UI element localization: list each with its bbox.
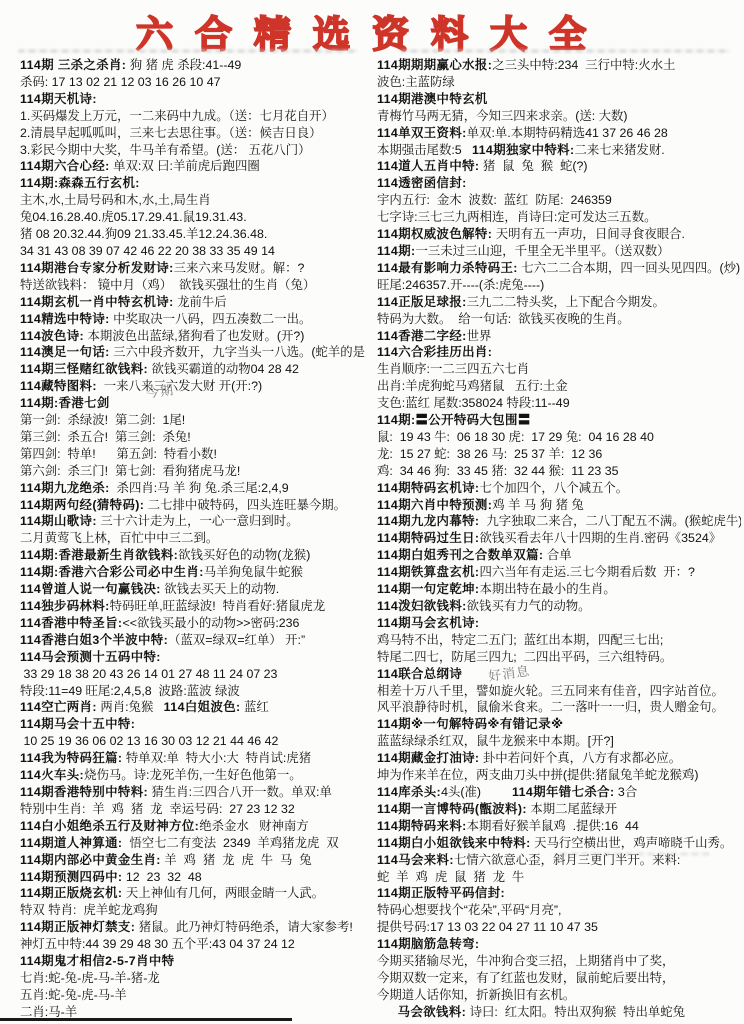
text-line: 114单双王资料:单双:单.本期特码精选41 37 26 46 28 <box>377 125 741 142</box>
section-heading: 114期港台专家分析发财诗: <box>20 261 174 275</box>
body-text: 旺尾:246357.开----(杀:虎兔----) <box>377 278 544 292</box>
text-line: 114期:香港六合彩公司必中生肖:马羊狗兔鼠牛蛇猴 <box>20 564 372 581</box>
body-text: 龙: 15 27 蛇: 38 26 马: 25 37 羊: 12 36 <box>377 447 602 461</box>
section-heading: 114期年错七杀合: <box>512 785 614 799</box>
section-heading: 114期:香港七剑 <box>20 396 110 410</box>
body-text: 悟空七二有变法 2349 羊鸡猪龙虎 双 <box>122 836 338 850</box>
text-line: 本期强击尾数:5 114期独家中特料:二来七来猪发财. <box>377 142 741 159</box>
text-line: 旺尾:246357.开----(杀:虎兔----) <box>377 277 741 294</box>
body-text: 马羊狗兔鼠牛蛇猴 <box>204 565 303 579</box>
text-line: 114香港中特圣旨:<<欲钱买最小的动物>>密码:236 <box>20 615 372 632</box>
text-line: 114期:〓公开特码大包围〓 <box>377 412 741 429</box>
section-heading: 114白小姐绝杀五行及财神方位: <box>20 819 199 833</box>
text-line: 114正版足球报:三九二二特头奖，上下配合今期发。 <box>377 294 741 311</box>
text-line: 114独步码林料:特码旺单,旺蓝绿波! 特肖看好:猪鼠虎龙 <box>20 598 372 615</box>
text-line: 114期马会玄机诗: <box>377 615 741 632</box>
document-page: 六合精选资料大全 114期 三杀之杀肖: 狗 猪 虎 杀段:41--49杀码: … <box>0 0 744 1024</box>
body-text: 三九二二特头奖，上下配合今期发。 <box>467 295 665 309</box>
text-line: 二月黄莺飞上林，百忙中中三二到。 <box>20 530 372 547</box>
body-text: 支色:蓝红 尾数:358024 特段:11--49 <box>377 396 570 410</box>
body-text: 2.清晨早起呱呱叫，三来七去思往事。（送：候吉日良） <box>20 126 322 140</box>
section-heading: 114期:香港六合彩公司必中生肖: <box>20 565 204 579</box>
section-heading: 114期天机诗: <box>20 92 97 106</box>
text-line: 第六剑: 杀三门! 第七剑: 看狗猪虎马龙! <box>20 463 372 480</box>
body-text: 四六当年有走运.三七今期看后数 开：? <box>479 565 694 579</box>
text-line: 114最有影响力杀特码王: 七六二二合本期，四一回头见四四。(炒) <box>377 260 741 277</box>
section-heading: 114独步码林料: <box>20 599 110 613</box>
body-text: 今期双数一定来，有了红蓝也发财，鼠前蛇后要出特， <box>377 971 674 985</box>
section-heading: 114香港中特圣旨: <box>20 616 122 630</box>
text-line: 114马会来料:七情六欲意心歪，斜月三更门半开。来料: <box>377 852 741 869</box>
text-line: 2.清晨早起呱呱叫，三来七去思往事。（送：候吉日良） <box>20 125 372 142</box>
text-line: 114波色诗: 本期波色出蓝绿,猪狗看了也发财。(开?) <box>20 328 372 345</box>
left-column: 114期 三杀之杀肖: 狗 猪 虎 杀段:41--49杀码: 17 13 02 … <box>20 57 372 1021</box>
text-line: 鼠: 19 43 牛: 06 18 30 虎: 17 29 兔: 04 16 2… <box>377 429 741 446</box>
section-heading: 114澳足一句话: <box>20 345 110 359</box>
section-heading: 马会欲钱料: <box>398 1005 466 1019</box>
text-line: 第一剑: 杀绿波! 第二剑: 1尾! <box>20 412 372 429</box>
body-text: 一三未过三山迎，千里全无半里平。（送双数） <box>416 244 670 258</box>
text-line: 龙: 15 27 蛇: 38 26 马: 25 37 羊: 12 36 <box>377 446 741 463</box>
text-line: 114期内部必中黄金生肖: 羊 鸡 猪 龙 虎 牛 马 兔 <box>20 852 372 869</box>
section-heading: 114期内部必中黄金生肖: <box>20 853 161 867</box>
text-line: 114期:香港最新生肖欲钱料:欲钱买好色的动物(龙猴) <box>20 547 372 564</box>
body-text: 杀四肖:马 羊 狗 兔.杀三尾:2,4,9 <box>110 481 289 495</box>
body-text: 波色:主蓝防绿 <box>377 75 455 89</box>
body-text: 欲钱买看去年八十四期的生肖.密码《3524》 <box>479 531 721 545</box>
body-text: <<欲钱买最小的动物>>密码:236 <box>122 616 299 630</box>
text-line: 114期白姐秀刊之合数单双篇: 合单 <box>377 547 741 564</box>
body-text: 五肖:蛇-兔-虎-马-羊 <box>20 988 127 1002</box>
body-text: 天上神仙有几何，两眼金睛一人武。 <box>122 886 324 900</box>
text-line: 114期白小姐欲钱来中特料: 天马行空横出世，鸡声啼晓千山秀。 <box>377 835 741 852</box>
right-column: 114期期期赢心水报:之三头中特:234 三行中特:火水土波色:主蓝防绿114期… <box>377 57 741 1021</box>
section-heading: 114库杀头: <box>377 785 441 799</box>
body-text: 二肖:马-羊 <box>20 1005 77 1019</box>
body-text: 蓝红 <box>241 700 269 714</box>
text-line: 出肖:羊虎狗蛇马鸡猪鼠 五行:土金 <box>377 378 741 395</box>
text-line: 兔04.16.28.40.虎05.17.29.41.鼠19.31.43. <box>20 209 372 226</box>
text-line: 114期三怪赌红欲钱料: 欲钱买霸道的动物04 28 42 <box>20 361 372 378</box>
section-heading: 114期道人神算通: <box>20 836 122 850</box>
body-text: 34 31 43 08 39 07 42 46 22 20 38 33 35 4… <box>20 244 275 258</box>
body-text: 二来七来猪发财. <box>574 143 664 157</box>
text-line: 114期预测四码中: 12 23 32 48 <box>20 869 372 886</box>
text-line: 特送欲钱料： 镜中月（鸡） 欲钱买强壮的生肖（兔） <box>20 277 372 294</box>
body-text: 特段:11=49 旺尾:2,4,5,8 波路:蓝波 绿波 <box>20 684 240 698</box>
text-line: 五肖:蛇-兔-虎-马-羊 <box>20 987 372 1004</box>
body-text: 九字独取二来合，二八丁配五不满。(猴蛇虎牛) <box>479 514 741 528</box>
section-heading: 114期一言博特码(甑波料): <box>377 802 527 816</box>
text-line: 114期六肖中特预测:鸡 羊 马 狗 猪 兔 <box>377 497 741 514</box>
body-text: 猪鼠。此乃神灯特码绝杀，请大家参考! <box>135 920 353 934</box>
body-text: 第六剑: 杀三门! 第七剑: 看狗猪虎马龙! <box>20 464 240 478</box>
section-heading: 114期鬼才相信2-5-7肖中特 <box>20 954 174 968</box>
text-line: 114期期期赢心水报:之三头中特:234 三行中特:火水土 <box>377 57 741 74</box>
body-text: 蛇 羊 鸡 虎 鼠 猪 龙 牛 <box>377 870 524 884</box>
text-line: 114期一句定乾坤:本期出特在最小的生肖。 <box>377 581 741 598</box>
text-line: 114期正版特平码信封: <box>377 885 741 902</box>
body-text: 兔04.16.28.40.虎05.17.29.41.鼠19.31.43. <box>20 210 247 224</box>
section-heading: 114期: <box>377 244 416 258</box>
body-text: 风平浪静待时机，鼠偷米食来。二一落叶一一归，贵人赠金句。 <box>377 700 724 714</box>
body-text: 猜生肖:三四合八开一数。单双:单 <box>148 785 332 799</box>
text-line: 34 31 43 08 39 07 42 46 22 20 38 33 35 4… <box>20 243 372 260</box>
text-line: 114期:森森五行玄机: <box>20 175 372 192</box>
section-heading: 114单双王资料: <box>377 126 467 140</box>
overlay-note: 今期 <box>145 379 175 402</box>
section-heading: 114期白小姐欲钱来中特料: <box>377 836 531 850</box>
section-heading: 114期:〓公开特码大包围〓 <box>377 413 531 427</box>
section-heading: 114期正版特平码信封: <box>377 886 505 900</box>
text-line: 114期香港特别中特料: 猜生肖:三四合八开一数。单双:单 <box>20 784 372 801</box>
body-text: 第三剑: 杀五合! 第三剑: 杀兔! <box>20 430 191 444</box>
section-heading: 114马会来料: <box>377 853 454 867</box>
body-text: 特双 特肖: 虎羊蛇龙鸡狗 <box>20 903 158 917</box>
body-text: 特码为大数。 给一句话: 欲钱买夜晚的生肖。 <box>377 312 630 326</box>
text-line: 114火车头:烧伤马。诗:龙死羊伤,一生好色他第一。 <box>20 767 372 784</box>
section-heading: 114期两句经(猜特码): <box>20 498 144 512</box>
section-heading: 114火车头: <box>20 768 84 782</box>
text-line: 3.彩民今期中大奖，牛马羊有希望。(送： 五花八门） <box>20 142 372 159</box>
section-heading: 114透密函信封: <box>377 176 467 190</box>
section-heading: 114期山歌诗: <box>20 514 97 528</box>
section-heading: 114曾道人说一句赢钱决: <box>20 582 161 596</box>
section-heading: 114泼妇欲钱料: <box>377 599 467 613</box>
body-text: 今期买猪输尽光，牛冲狗合变三招，上期猪肖中了奖， <box>377 954 674 968</box>
section-heading: 114香港二字经: <box>377 329 467 343</box>
text-line: 114透密函信封: <box>377 175 741 192</box>
text-line: 蛇 羊 鸡 虎 鼠 猪 龙 牛 <box>377 869 741 886</box>
text-line: 特码心想要找个“花朵”,平码“月亮”, <box>377 902 741 919</box>
section-heading: 114空亡两肖: <box>20 700 97 714</box>
section-heading: 114期特码过生日: <box>377 531 479 545</box>
section-heading: 114期六肖中特预测: <box>377 498 492 512</box>
section-heading: 114期九龙绝杀: <box>20 481 110 495</box>
text-line: 七肖:蛇-兔-虎-马-羊-猪-龙 <box>20 970 372 987</box>
section-heading: 114期六合心经: <box>20 159 110 173</box>
body-text: 两肖:兔猴 <box>97 700 164 714</box>
bottom-rule-divider <box>0 1018 292 1021</box>
body-text: 三十六计走为上，一心一意归到时。 <box>97 514 299 528</box>
body-text: 33 29 18 38 20 43 26 14 01 27 48 11 24 0… <box>20 667 277 681</box>
section-heading: 114精选中特诗: <box>20 312 110 326</box>
section-heading: 114期:森森五行玄机: <box>20 176 140 190</box>
text-line: 114期九龙内幕特: 九字独取二来合，二八丁配五不满。(猴蛇虎牛) <box>377 513 741 530</box>
text-line: 第三剑: 杀五合! 第三剑: 杀兔! <box>20 429 372 446</box>
section-heading: 114期一句定乾坤: <box>377 582 479 596</box>
body-text: 本期强击尾数:5 <box>377 143 472 157</box>
text-line: 114期一言博特码(甑波料): 本期二尾蓝绿开 <box>377 801 741 818</box>
section-heading: 114期香港特别中特料: <box>20 785 148 799</box>
print-noise <box>18 49 358 53</box>
text-line: 杀码: 17 13 02 21 12 03 16 26 10 47 <box>20 74 372 91</box>
text-line: 风平浪静待时机，鼠偷米食来。二一落叶一一归，贵人赠金句。 <box>377 699 741 716</box>
text-line: 114期六合心经: 单双:双 曰:羊前虎后跑四圈 <box>20 158 372 175</box>
section-heading: 114期港澳中特玄机 <box>377 92 488 106</box>
body-text: 七肖:蛇-兔-虎-马-羊-猪-龙 <box>20 971 160 985</box>
body-text: 卦中若问奸个真，八方有求都必应。 <box>479 751 681 765</box>
body-text: 七字诗:三七三九两相连，肖诗曰:定可发达三五数。 <box>377 210 656 224</box>
text-line: 七字诗:三七三九两相连，肖诗曰:定可发达三五数。 <box>377 209 741 226</box>
body-text: 提供号码:17 13 03 22 04 27 11 10 47 35 <box>377 920 598 934</box>
section-heading: 114期藏金打油诗: <box>377 751 479 765</box>
section-heading: 114我为特码狂篇: <box>20 751 122 765</box>
section-heading: 114马会预测十五码中特: <box>20 650 161 664</box>
body-text: 特单双:单 特大小:大 特肖试:虎猪 <box>122 751 311 765</box>
section-heading: 114波色诗: <box>20 329 84 343</box>
body-text: 二七排中破特码，四头连旺暴今期。 <box>144 498 346 512</box>
text-line: 波色:主蓝防绿 <box>377 74 741 91</box>
body-text <box>377 1005 398 1019</box>
text-line: 特双 特肖: 虎羊蛇龙鸡狗 <box>20 902 372 919</box>
text-line: 114期马会十五中特: <box>20 716 372 733</box>
text-line: 特码为大数。 给一句话: 欲钱买夜晚的生肖。 <box>377 311 741 328</box>
text-line: 114期特码过生日:欲钱买看去年八十四期的生肖.密码《3524》 <box>377 530 741 547</box>
text-line: 114期:一三未过三山迎，千里全无半里平。（送双数） <box>377 243 741 260</box>
body-text: 七六二二合本期，四一回头见四四。(炒) <box>518 261 740 275</box>
text-line: 114期 三杀之杀肖: 狗 猪 虎 杀段:41--49 <box>20 57 372 74</box>
text-line: 10 25 19 36 06 02 13 16 30 03 12 21 44 4… <box>20 733 372 750</box>
text-line: 114期正版烧玄机: 天上神仙有几何，两眼金睛一人武。 <box>20 885 372 902</box>
section-heading: 114期马会玄机诗: <box>377 616 479 630</box>
body-text: 第四剑: 特单! 第五剑: 特看小数! <box>20 447 217 461</box>
section-heading: 114期:香港最新生肖欲钱料: <box>20 548 178 562</box>
text-line: 生肖顺序:一二三四五六七肖 <box>377 361 741 378</box>
text-line: 114期两句经(猜特码): 二七排中破特码，四头连旺暴今期。 <box>20 497 372 514</box>
section-heading: 114期※一句解特码※有错记录※ <box>377 717 563 731</box>
body-text: 3.彩民今期中大奖，牛马羊有希望。(送： 五花八门） <box>20 143 311 157</box>
text-line: 114期藏金打油诗: 卦中若问奸个真，八方有求都必应。 <box>377 750 741 767</box>
body-text: 欲钱买有力气的动物。 <box>467 599 591 613</box>
text-line: 特别中生肖: 羊 鸡 猪 龙 幸运号码: 27 23 12 32 <box>20 801 372 818</box>
text-line: 114期玄机一肖中特玄机诗: 龙前牛后 <box>20 294 372 311</box>
section-heading: 114期正版神灯禁支: <box>20 920 135 934</box>
body-text: 蓝蓝绿绿杀红双，鼠牛龙猴来中本期。[开?] <box>377 734 614 748</box>
body-text: 欲钱买霸道的动物04 28 42 <box>148 362 299 376</box>
body-text: 特码心想要找个“花朵”,平码“月亮”, <box>377 903 561 917</box>
text-line: 114藏特图料: 一来八来三六发大财 开(开:?) <box>20 378 372 395</box>
text-line: 114期港台专家分析发财诗:三来六来马发财。解：? <box>20 260 372 277</box>
text-line: 支色:蓝红 尾数:358024 特段:11--49 <box>377 395 741 412</box>
body-text: 4头(准) <box>441 785 512 799</box>
body-text: 龙前牛后 <box>174 295 227 309</box>
text-line: 114期:香港七剑 <box>20 395 372 412</box>
section-heading: 114期铁算盘玄机: <box>377 565 479 579</box>
text-line: 114精选中特诗: 中奖取决一八码，四五凑数二一出。 <box>20 311 372 328</box>
text-line: 114期权威波色解特: 天明有五一声功，日间寻食夜眼合. <box>377 226 741 243</box>
body-text: 12 23 32 48 <box>122 870 201 884</box>
text-line: 114期正版神灯禁支: 猪鼠。此乃神灯特码绝杀，请大家参考! <box>20 919 372 936</box>
section-heading: 114香港白姐3个半波中特: <box>20 633 168 647</box>
text-line: 114空亡两肖: 两肖:兔猴 114白姐波色: 蓝红 <box>20 699 372 716</box>
text-line: 114期港澳中特玄机 <box>377 91 741 108</box>
text-line: 114期特码来料:本期看好猴羊鼠鸡 .提供:16 44 <box>377 818 741 835</box>
section-heading: 114期 三杀之杀肖: <box>20 58 126 72</box>
section-heading: 114期马会十五中特: <box>20 717 135 731</box>
body-text: 二月黄莺飞上林，百忙中中三二到。 <box>20 531 218 545</box>
body-text: 世界 <box>467 329 492 343</box>
text-line: 114澳足一句话: 三六中段齐数开，九字当头一八选。(蛇羊的是 <box>20 344 372 361</box>
body-text: 欲钱买好色的动物(龙猴) <box>178 548 310 562</box>
text-line: 114马会预测十五码中特: <box>20 649 372 666</box>
body-text: 鸡: 34 46 狗: 33 45 猪: 32 44 猴: 11 23 35 <box>377 464 619 478</box>
body-text: 七情六欲意心歪，斜月三更门半开。来料: <box>454 853 680 867</box>
body-text: 三来六来马发财。解：? <box>174 261 305 275</box>
text-line: 114期脑筋急转弯: <box>377 936 741 953</box>
body-text: 特送欲钱料： 镜中月（鸡） 欲钱买强壮的生肖（兔） <box>20 278 315 292</box>
section-heading: 114期正版烧玄机: <box>20 886 122 900</box>
body-text: 鸡 羊 马 狗 猪 兔 <box>492 498 584 512</box>
section-heading: 114期脑筋急转弯: <box>377 937 479 951</box>
section-heading: 114联合总纲诗 <box>377 667 462 681</box>
body-text: 单双:双 曰:羊前虎后跑四圈 <box>110 159 260 173</box>
text-line: 114期道人神算通: 悟空七二有变法 2349 羊鸡猪龙虎 双 <box>20 835 372 852</box>
text-line: 宇内五行: 金木 波数: 蓝红 防尾: 246359 <box>377 192 741 209</box>
text-line: 114库杀头:4头(准) 114期年错七杀合: 3合 <box>377 784 741 801</box>
text-line: 114香港二字经:世界 <box>377 328 741 345</box>
section-heading: 114期九龙内幕特: <box>377 514 479 528</box>
body-text: 第一剑: 杀绿波! 第二剑: 1尾! <box>20 413 185 427</box>
body-text: 主木,水,土局号码和木,水,土,局生肖 <box>20 193 211 207</box>
body-text: 3合 <box>614 785 637 799</box>
text-line: 主木,水,土局号码和木,水,土,局生肖 <box>20 192 372 209</box>
text-line: 114道人五肖中特: 猪 鼠 兔 猴 蛇(?) <box>377 158 741 175</box>
section-heading: 114道人五肖中特: <box>377 159 479 173</box>
body-text: 今期道人话你知，折新换旧有玄机。 <box>377 988 575 1002</box>
text-line: 特尾二四七，防尾三四九; 二四出平码，三六组特码。 <box>377 649 741 666</box>
section-heading: 114六合彩挂历出肖: <box>377 345 492 359</box>
body-text: 诗曰: 红太阳。特出双狗猴 特出单蛇兔 <box>466 1005 685 1019</box>
section-heading: 114最有影响力杀特码王: <box>377 261 518 275</box>
text-line: 特段:11=49 旺尾:2,4,5,8 波路:蓝波 绿波 <box>20 683 372 700</box>
body-text: 狗 猪 虎 杀段:41--49 <box>126 58 241 72</box>
body-text: 七个加四个，八个减五个。 <box>479 481 628 495</box>
text-line: 今期双数一定来，有了红蓝也发财，鼠前蛇后要出特， <box>377 970 741 987</box>
body-text: 烧伤马。诗:龙死羊伤,一生好色他第一。 <box>84 768 302 782</box>
text-line: 提供号码:17 13 03 22 04 27 11 10 47 35 <box>377 919 741 936</box>
body-text: 合单 <box>543 548 571 562</box>
body-text: 欲钱去买天上的动物. <box>161 582 279 596</box>
body-text: 鼠: 19 43 牛: 06 18 30 虎: 17 29 兔: 04 16 2… <box>377 430 654 444</box>
text-line: 114六合彩挂历出肖: <box>377 344 741 361</box>
body-text: 1.买码爆发上万元，一二来码中九成。（送：七月花自开） <box>20 109 334 123</box>
body-text: 生肖顺序:一二三四五六七肖 <box>377 362 529 376</box>
body-text: 天马行空横出世，鸡声啼晓千山秀。 <box>531 836 733 850</box>
text-line: 114期铁算盘玄机:四六当年有走运.三七今期看后数 开：? <box>377 564 741 581</box>
body-text: （蓝双=绿双=红单） 开:” <box>168 633 305 647</box>
text-line: 鸡马特不出，特定二五门; 蓝红出本期，四配三七出; <box>377 632 741 649</box>
body-text: 绝杀金水 财神南方 <box>199 819 308 833</box>
text-line: 鸡: 34 46 狗: 33 45 猪: 32 44 猴: 11 23 35 <box>377 463 741 480</box>
text-line: 114期※一句解特码※有错记录※ <box>377 716 741 733</box>
body-text: 中奖取决一八码，四五凑数二一出。 <box>110 312 312 326</box>
text-line: 今期买猪输尽光，牛冲狗合变三招，上期猪肖中了奖， <box>377 953 741 970</box>
body-text: 出肖:羊虎狗蛇马鸡猪鼠 五行:土金 <box>377 379 568 393</box>
body-text: 羊 鸡 猪 龙 虎 牛 马 兔 <box>161 853 312 867</box>
body-text: 三六中段齐数开，九字当头一八选。(蛇羊的是 <box>110 345 365 359</box>
section-heading: 114期独家中特料: <box>472 143 574 157</box>
text-line: 114白小姐绝杀五行及财神方位:绝杀金水 财神南方 <box>20 818 372 835</box>
body-text: 坤为作来羊在位，两支曲刀头中拼(提供:猪鼠兔羊蛇龙猴鸡) <box>377 768 698 782</box>
text-line: 青梅竹马两无猜，今知三四来求亲。(送: 大数) <box>377 108 741 125</box>
text-line: 114期天机诗: <box>20 91 372 108</box>
body-text: 本期出特在最小的生肖。 <box>479 582 615 596</box>
body-text: 相差十万八千里，譬如旋火轮。三五同来有佳音，四字站首位。 <box>377 684 724 698</box>
body-text: 猪 鼠 兔 猴 蛇(?) <box>479 159 587 173</box>
text-line: 相差十万八千里，譬如旋火轮。三五同来有佳音，四字站首位。 <box>377 683 741 700</box>
section-heading: 114期期期赢心水报: <box>377 58 492 72</box>
text-line: 114泼妇欲钱料:欲钱买有力气的动物。 <box>377 598 741 615</box>
text-line: 114期特码玄机诗:七个加四个，八个减五个。 <box>377 480 741 497</box>
text-line: 猪 08 20.32.44.狗09 21.33.45.羊12.24.36.48. <box>20 226 372 243</box>
text-line: 114期九龙绝杀: 杀四肖:马 羊 狗 兔.杀三尾:2,4,9 <box>20 480 372 497</box>
body-text: 杀码: 17 13 02 21 12 03 16 26 10 47 <box>20 75 220 89</box>
section-heading: 114期权威波色解特: <box>377 227 492 241</box>
section-heading: 114藏特图料: <box>20 379 97 393</box>
section-heading: 114白姐波色: <box>164 700 241 714</box>
text-line: 114我为特码狂篇: 特单双:单 特大小:大 特肖试:虎猪 <box>20 750 372 767</box>
section-heading: 114期预测四码中: <box>20 870 122 884</box>
text-line: 114联合总纲诗 <box>377 666 741 683</box>
body-text: 猪 08 20.32.44.狗09 21.33.45.羊12.24.36.48. <box>20 227 267 241</box>
body-text: 本期二尾蓝绿开 <box>527 802 617 816</box>
body-text: 天明有五一声功，日间寻食夜眼合. <box>492 227 685 241</box>
section-heading: 114期特码玄机诗: <box>377 481 479 495</box>
body-text: 之三头中特:234 三行中特:火水土 <box>492 58 675 72</box>
body-text: 神灯五中特:44 39 29 48 30 五个平:43 04 37 24 12 <box>20 937 295 951</box>
body-text: 本期波色出蓝绿,猪狗看了也发财。(开?) <box>84 329 304 343</box>
text-line: 神灯五中特:44 39 29 48 30 五个平:43 04 37 24 12 <box>20 936 372 953</box>
print-noise <box>400 49 730 53</box>
text-line: 114期鬼才相信2-5-7肖中特 <box>20 953 372 970</box>
body-text: 一来八来三六发大财 开(开:?) <box>97 379 262 393</box>
section-heading: 114期三怪赌红欲钱料: <box>20 362 148 376</box>
text-line: 马会欲钱料: 诗曰: 红太阳。特出双狗猴 特出单蛇兔 <box>377 1004 741 1021</box>
text-line: 第四剑: 特单! 第五剑: 特看小数! <box>20 446 372 463</box>
body-text: 本期看好猴羊鼠鸡 .提供:16 44 <box>467 819 639 833</box>
text-line: 蓝蓝绿绿杀红双，鼠牛龙猴来中本期。[开?] <box>377 733 741 750</box>
text-line: 114曾道人说一句赢钱决: 欲钱去买天上的动物. <box>20 581 372 598</box>
body-text: 青梅竹马两无猜，今知三四来求亲。(送: 大数) <box>377 109 628 123</box>
body-text: 10 25 19 36 06 02 13 16 30 03 12 21 44 4… <box>20 734 278 748</box>
text-line: 坤为作来羊在位，两支曲刀头中拼(提供:猪鼠兔羊蛇龙猴鸡) <box>377 767 741 784</box>
body-text: 单双:单.本期特码精选41 37 26 46 28 <box>467 126 668 140</box>
text-line: 114香港白姐3个半波中特:（蓝双=绿双=红单） 开:” <box>20 632 372 649</box>
section-heading: 114期玄机一肖中特玄机诗: <box>20 295 174 309</box>
body-text: 特别中生肖: 羊 鸡 猪 龙 幸运号码: 27 23 12 32 <box>20 802 295 816</box>
body-text: 鸡马特不出，特定二五门; 蓝红出本期，四配三七出; <box>377 633 663 647</box>
text-line: 1.买码爆发上万元，一二来码中九成。（送：七月花自开） <box>20 108 372 125</box>
section-heading: 114正版足球报: <box>377 295 467 309</box>
text-line: 114期山歌诗: 三十六计走为上，一心一意归到时。 <box>20 513 372 530</box>
section-heading: 114期特码来料: <box>377 819 467 833</box>
text-line: 今期道人话你知，折新换旧有玄机。 <box>377 987 741 1004</box>
body-text: 特码旺单,旺蓝绿波! 特肖看好:猪鼠虎龙 <box>110 599 325 613</box>
body-text: 宇内五行: 金木 波数: 蓝红 防尾: 246359 <box>377 193 612 207</box>
text-line: 33 29 18 38 20 43 26 14 01 27 48 11 24 0… <box>20 666 372 683</box>
section-heading: 114期白姐秀刊之合数单双篇: <box>377 548 543 562</box>
